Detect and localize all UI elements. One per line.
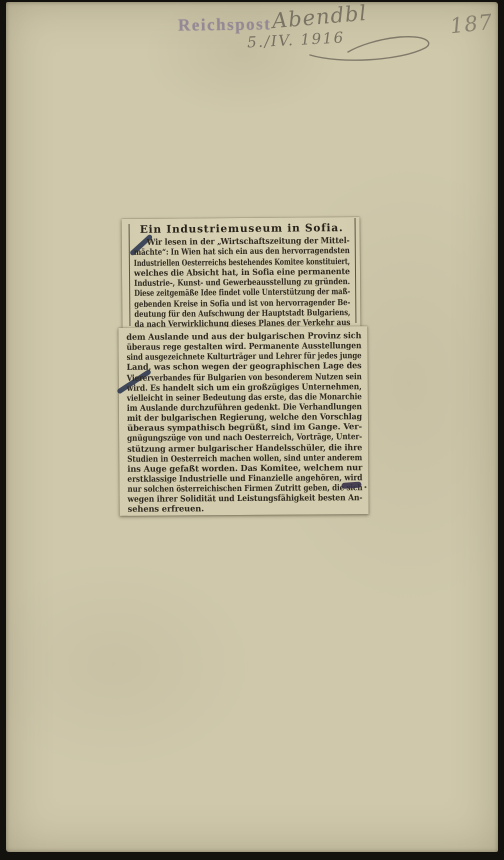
handwriting-flourish — [308, 25, 443, 65]
news-clipping-strip-2: dem Auslande und aus der bulgarischen Pr… — [118, 326, 368, 516]
news-clipping-strip-1: Ein Industriemuseum in Sofia. Wir lesen … — [122, 217, 361, 329]
clipping-text-line: wegen ihrer Solidität und Leistungsfähig… — [128, 492, 363, 504]
column-rule-left — [129, 224, 131, 326]
page-number-annotation: 187 — [449, 10, 494, 38]
column-rule-right — [355, 218, 357, 323]
clipping-paragraph-2: dem Auslande und aus der bulgarischen Pr… — [126, 330, 362, 514]
clipping-paragraph-1: Wir lesen in der „Wirtschaftszeitung der… — [134, 235, 351, 330]
paper-speck — [364, 486, 366, 488]
archive-page: Reichspost Abendbl 5./IV. 1916 187 Ein I… — [6, 2, 498, 852]
clipping-text-line: sehens erfreuen. — [128, 503, 363, 515]
